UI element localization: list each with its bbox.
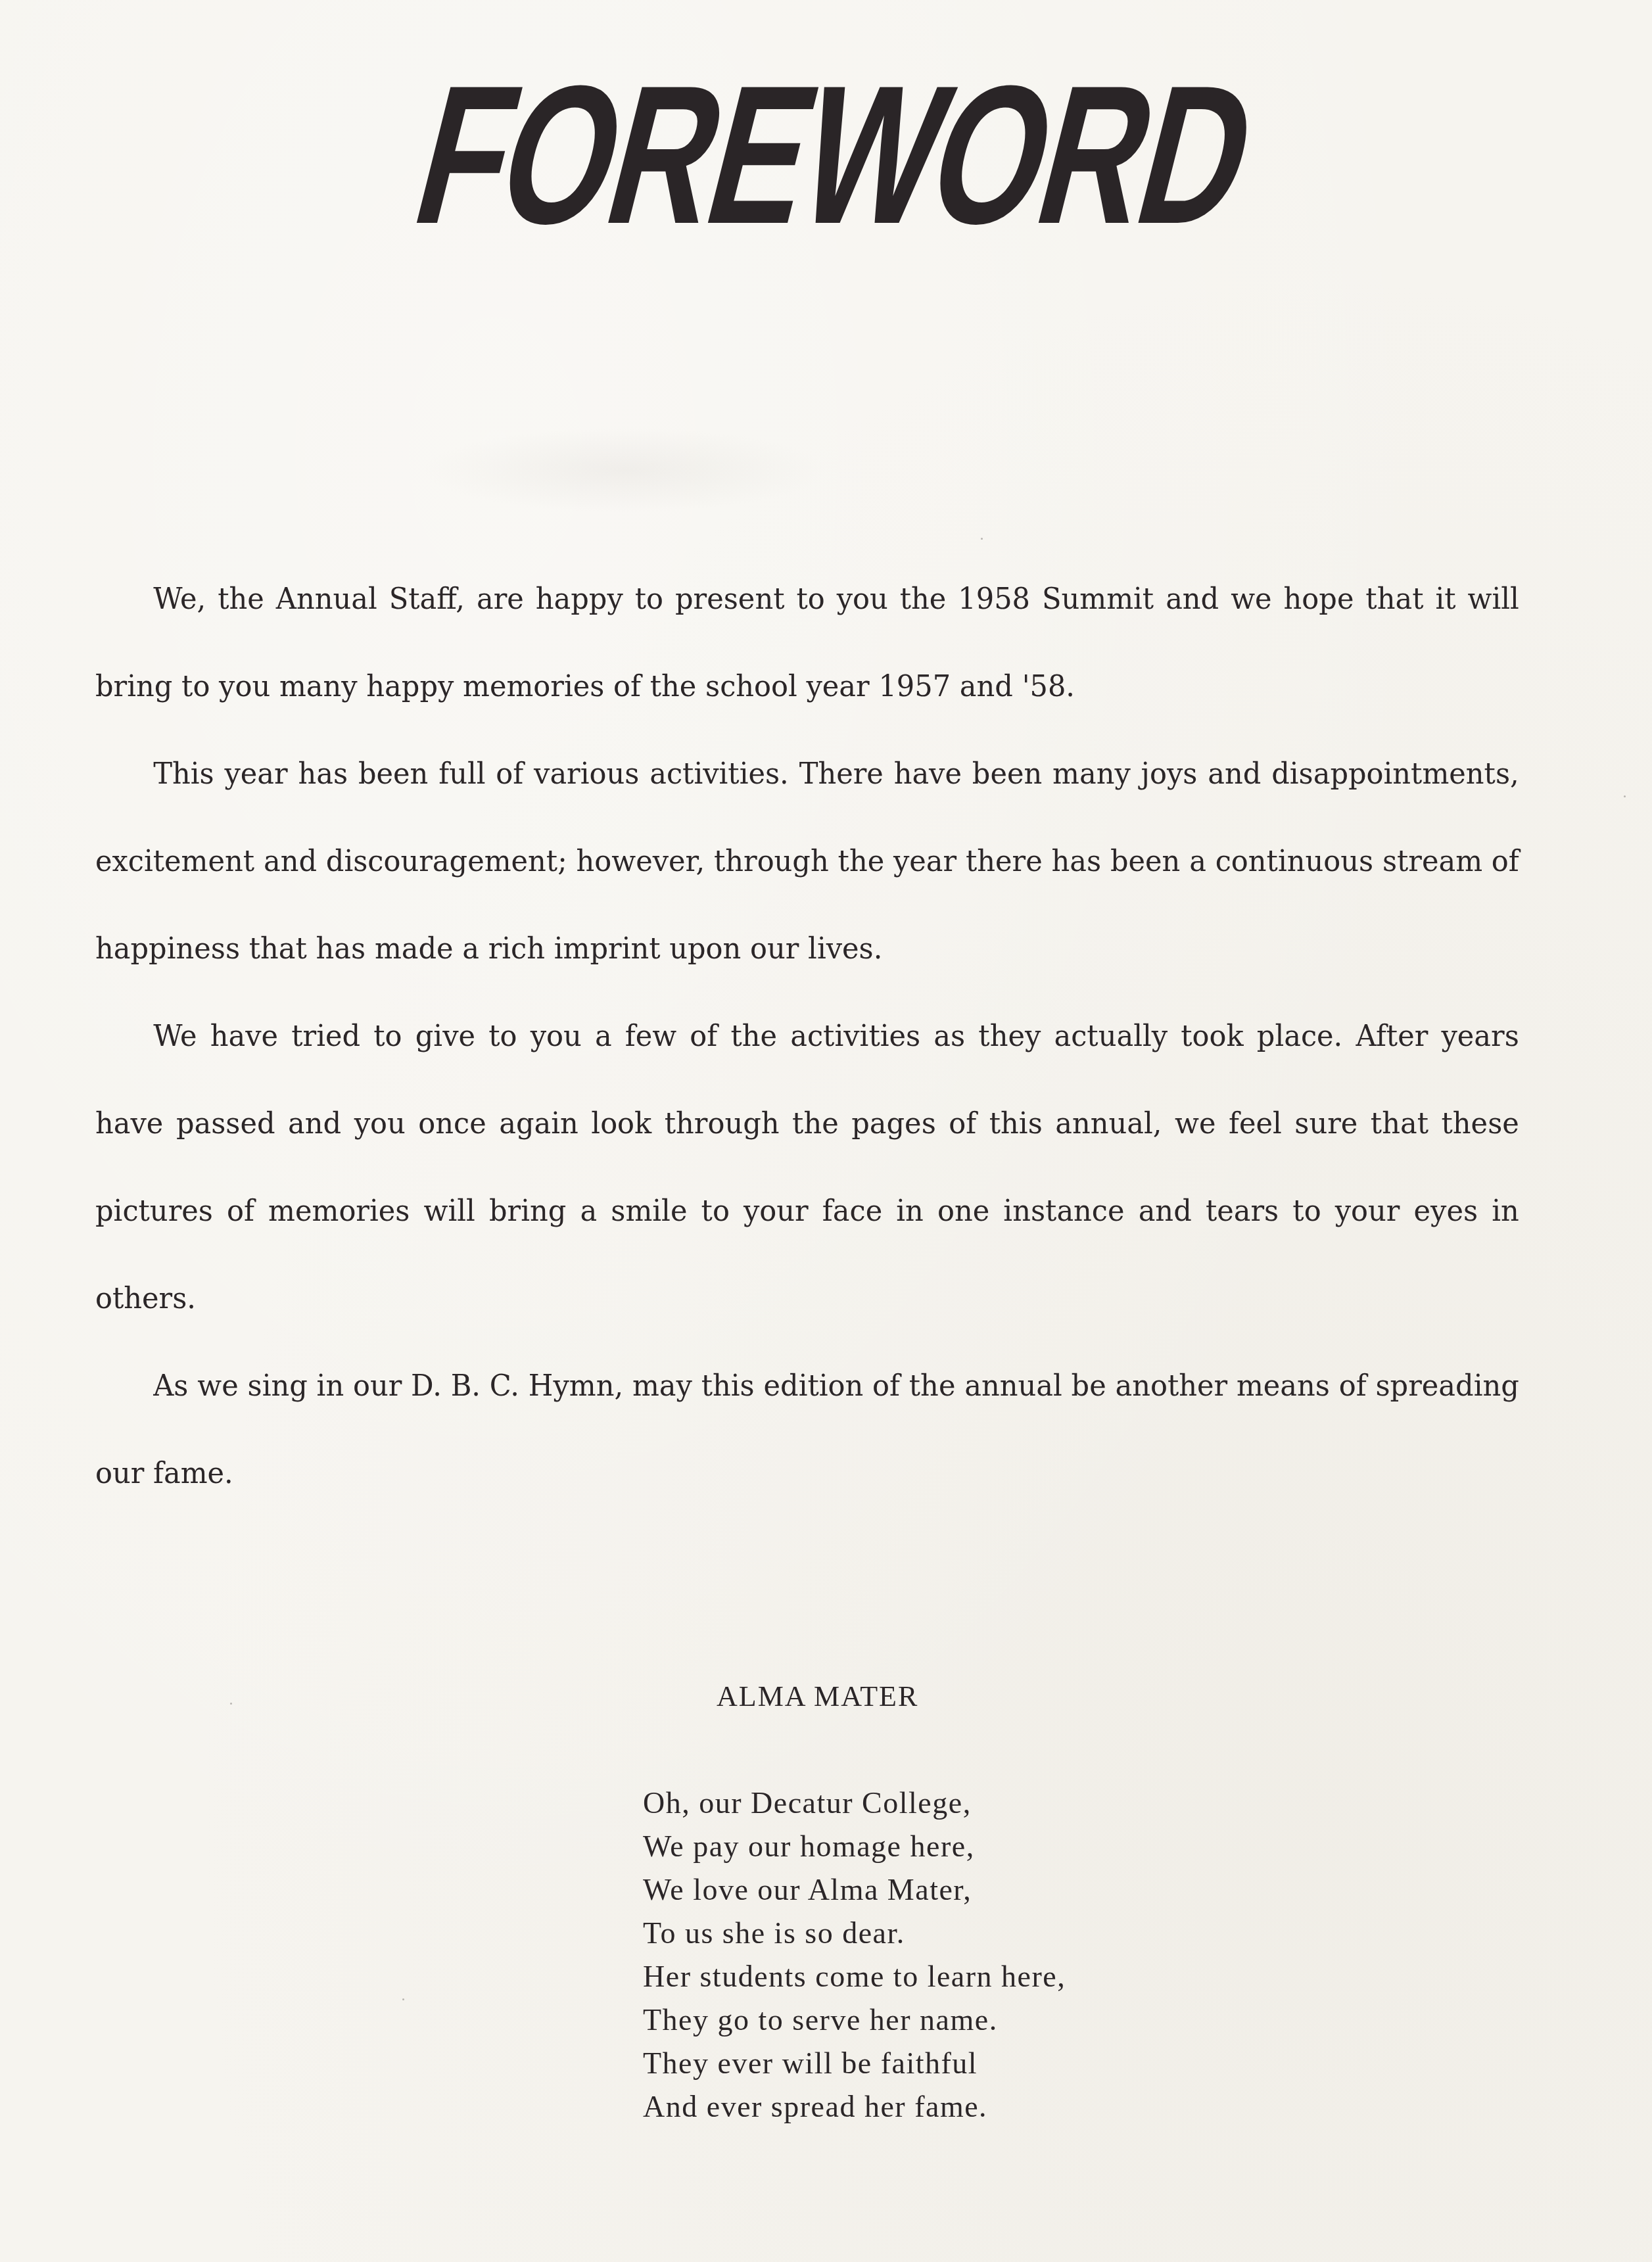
hymn-line: Her students come to learn here, bbox=[643, 1955, 1066, 1998]
hymn-line: They go to serve her name. bbox=[643, 1998, 1066, 2042]
hymn-title: ALMA MATER bbox=[717, 1680, 918, 1713]
paragraph: As we sing in our D. B. C. Hymn, may thi… bbox=[95, 1342, 1519, 1517]
faint-bleed-through bbox=[421, 427, 828, 513]
paper-speck bbox=[402, 1998, 404, 2000]
paper-speck bbox=[230, 1703, 232, 1705]
hymn-line: Oh, our Decatur College, bbox=[643, 1781, 1066, 1825]
paper-speck bbox=[981, 538, 983, 540]
hymn-line: They ever will be faithful bbox=[643, 2042, 1066, 2085]
paragraph: We, the Annual Staff, are happy to prese… bbox=[95, 555, 1519, 730]
hymn-line: We love our Alma Mater, bbox=[643, 1868, 1066, 1912]
yearbook-page: FOREWORD We, the Annual Staff, are happy… bbox=[0, 0, 1652, 2262]
foreword-body: We, the Annual Staff, are happy to prese… bbox=[95, 555, 1519, 1517]
paragraph: We have tried to give to you a few of th… bbox=[95, 993, 1519, 1342]
hymn-line: And ever spread her fame. bbox=[643, 2085, 1066, 2129]
paper-speck bbox=[1624, 795, 1626, 797]
paragraph: This year has been full of various activ… bbox=[95, 730, 1519, 993]
hymn-verse: Oh, our Decatur College, We pay our homa… bbox=[643, 1781, 1066, 2129]
page-title: FOREWORD bbox=[473, 49, 1197, 260]
hymn-line: To us she is so dear. bbox=[643, 1912, 1066, 1955]
hymn-line: We pay our homage here, bbox=[643, 1825, 1066, 1868]
